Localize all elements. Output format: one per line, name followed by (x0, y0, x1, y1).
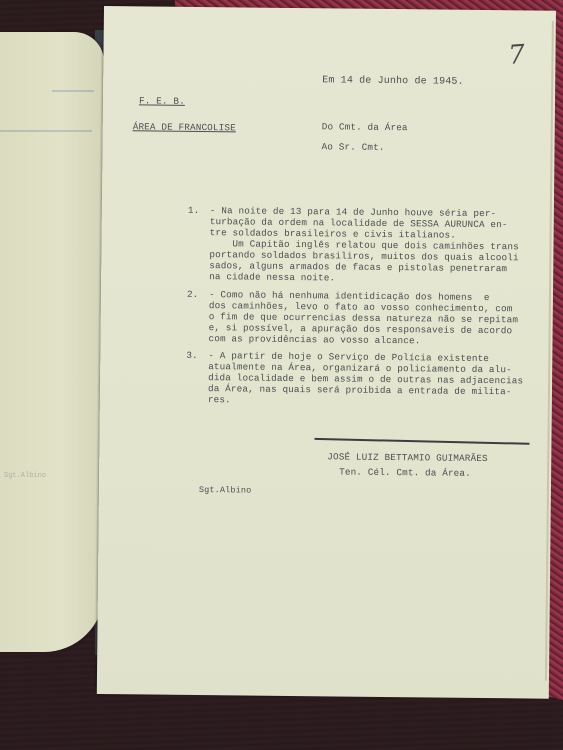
document-page: 7 Em 14 de Junho de 1945. F. E. B. ÁREA … (97, 6, 556, 699)
signatory-name: JOSÉ LUIZ BETTAMIO GUIMARÃES (327, 451, 488, 464)
unit-header: ÁREA DE FRANCOLISE (133, 121, 236, 134)
document-date: Em 14 de Junho de 1945. (322, 75, 464, 88)
left-page-ghost-line (52, 90, 94, 92)
left-page-ghost-line (0, 130, 92, 132)
left-page: Sgt.Albino (0, 32, 104, 652)
handwritten-page-number: 7 (507, 40, 526, 71)
left-page-ghost-typist: Sgt.Albino (4, 472, 46, 480)
org-header: F. E. B. (139, 95, 185, 107)
recipient-line: Ao Sr. Cmt. (321, 141, 384, 153)
typist-initials: Sgt.Albino (199, 485, 252, 497)
signatory-title: Ten. Cél. Cmt. da Área. (339, 466, 471, 479)
signature-line (314, 438, 529, 444)
sender-line: Do Cmt. da Área (322, 121, 408, 133)
paragraph-line: da Área, nas quais será proibida a entra… (208, 383, 512, 398)
paragraph-number: 1. (188, 205, 200, 217)
paragraph-line: com as providências ao vosso alcance. (208, 333, 420, 347)
paragraph-line: res. (208, 394, 231, 406)
paragraph-number: 3. (186, 350, 198, 362)
paragraph-number: 2. (187, 289, 199, 301)
paragraph-line: na cidade nessa noite. (209, 271, 335, 284)
